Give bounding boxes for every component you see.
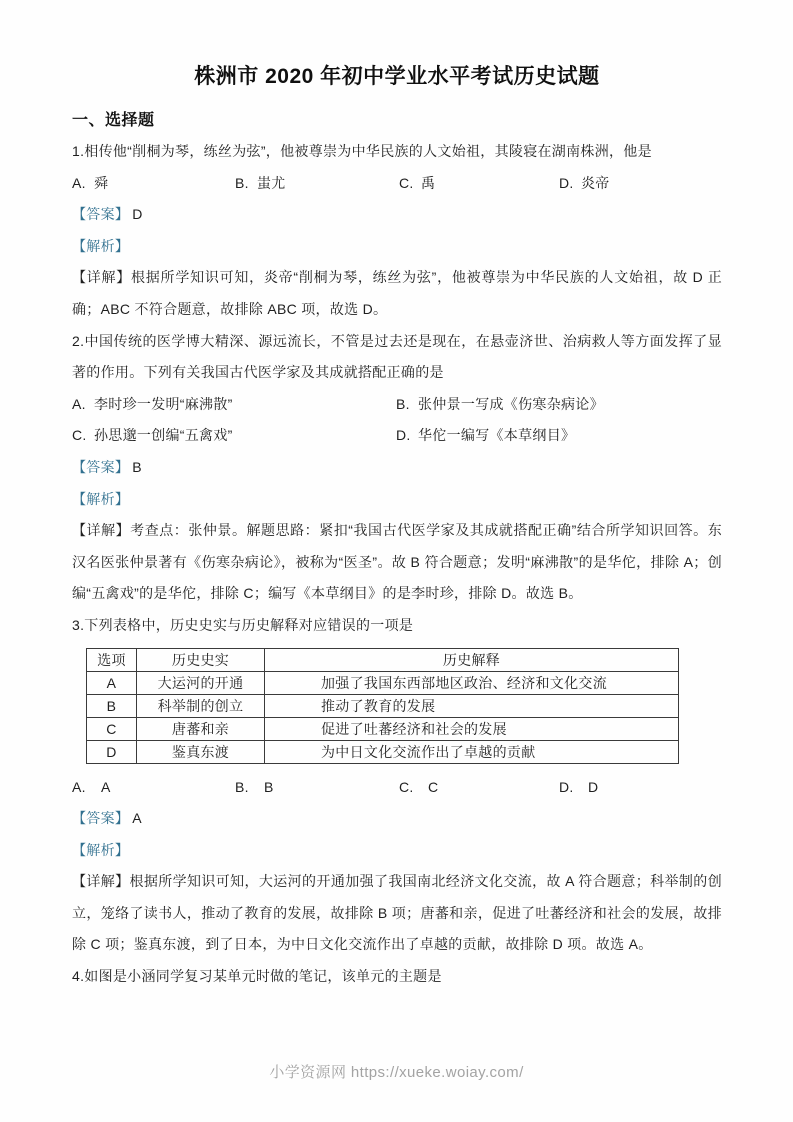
table-cell-explanation: 为中日文化交流作出了卓越的贡献 bbox=[265, 740, 679, 763]
option-letter: D. bbox=[559, 772, 576, 804]
answer-value: D bbox=[132, 206, 142, 222]
table-cell-fact: 大运河的开通 bbox=[137, 671, 265, 694]
q2-option-d: D.华佗一编写《本草纲目》 bbox=[396, 420, 722, 452]
question-2-stem: 2.中国传统的医学博大精深、源远流长，不管是过去还是现在，在悬壶济世、治病救人等… bbox=[72, 326, 722, 389]
option-text: D bbox=[588, 779, 598, 795]
table-cell-explanation: 加强了我国东西部地区政治、经济和文化交流 bbox=[265, 671, 679, 694]
table-row: C 唐蕃和亲 促进了吐蕃经济和社会的发展 bbox=[87, 717, 679, 740]
table-header-explanation: 历史解释 bbox=[265, 648, 679, 671]
table-row: A 大运河的开通 加强了我国东西部地区政治、经济和文化交流 bbox=[87, 671, 679, 694]
answer-value: A bbox=[132, 810, 142, 826]
q3-option-a: A.A bbox=[72, 772, 235, 804]
question-3-options: A.A B.B C.C D.D bbox=[72, 772, 722, 804]
q2-answer-line: 【答案】B bbox=[72, 452, 722, 484]
table-header-option: 选项 bbox=[87, 648, 137, 671]
option-text: 张仲景一写成《伤寒杂病论》 bbox=[418, 396, 604, 412]
section-heading: 一、选择题 bbox=[72, 106, 722, 136]
option-letter: B. bbox=[235, 168, 252, 200]
option-letter: C. bbox=[399, 168, 416, 200]
table-cell-explanation: 推动了教育的发展 bbox=[265, 694, 679, 717]
answer-label: 【答案】 bbox=[72, 810, 129, 826]
exam-document-page: 株洲市 2020 年初中学业水平考试历史试题 一、选择题 1.相传他“削桐为琴，… bbox=[0, 0, 793, 1122]
table-cell-option: A bbox=[87, 671, 137, 694]
q3-detail-paragraph: 【详解】根据所学知识可知，大运河的开通加强了我国南北经济文化交流，故 A 符合题… bbox=[72, 866, 722, 961]
option-letter: D. bbox=[559, 168, 576, 200]
option-letter: A. bbox=[72, 772, 89, 804]
q1-option-c: C.禹 bbox=[399, 168, 559, 200]
table-header-row: 选项 历史史实 历史解释 bbox=[87, 648, 679, 671]
q3-option-d: D.D bbox=[559, 772, 722, 804]
question-1-stem: 1.相传他“削桐为琴，练丝为弦”，他被尊崇为中华民族的人文始祖，其陵寝在湖南株洲… bbox=[72, 136, 722, 168]
page-title: 株洲市 2020 年初中学业水平考试历史试题 bbox=[72, 62, 722, 92]
table-cell-option: C bbox=[87, 717, 137, 740]
q3-option-b: B.B bbox=[235, 772, 399, 804]
table-cell-explanation: 促进了吐蕃经济和社会的发展 bbox=[265, 717, 679, 740]
table-header-fact: 历史史实 bbox=[137, 648, 265, 671]
q3-analysis-line: 【解析】 bbox=[72, 835, 722, 867]
table-row: B 科举制的创立 推动了教育的发展 bbox=[87, 694, 679, 717]
table-cell-fact: 唐蕃和亲 bbox=[137, 717, 265, 740]
option-text: 李时珍一发明“麻沸散” bbox=[94, 396, 233, 412]
table-cell-option: B bbox=[87, 694, 137, 717]
q2-analysis-line: 【解析】 bbox=[72, 484, 722, 516]
q1-option-b: B.蚩尤 bbox=[235, 168, 399, 200]
q1-answer-line: 【答案】D bbox=[72, 199, 722, 231]
q1-option-a: A.舜 bbox=[72, 168, 235, 200]
option-letter: B. bbox=[235, 772, 252, 804]
option-letter: A. bbox=[72, 389, 89, 421]
option-text: 舜 bbox=[94, 175, 108, 191]
answer-label: 【答案】 bbox=[72, 459, 129, 475]
q3-answer-line: 【答案】A bbox=[72, 803, 722, 835]
answer-label: 【答案】 bbox=[72, 206, 129, 222]
q1-analysis-line: 【解析】 bbox=[72, 231, 722, 263]
q3-option-c: C.C bbox=[399, 772, 559, 804]
table-row: D 鉴真东渡 为中日文化交流作出了卓越的贡献 bbox=[87, 740, 679, 763]
question-4-stem: 4.如图是小涵同学复习某单元时做的笔记，该单元的主题是 bbox=[72, 961, 722, 993]
option-text: 禹 bbox=[421, 175, 435, 191]
option-text: 炎帝 bbox=[581, 175, 610, 191]
footer-text: 小学资源网 https://xueke.woiay.com/ bbox=[269, 1064, 523, 1081]
option-text: B bbox=[264, 779, 274, 795]
option-letter: A. bbox=[72, 168, 89, 200]
q1-detail-paragraph: 【详解】根据所学知识可知，炎帝“削桐为琴，练丝为弦”，他被尊崇为中华民族的人文始… bbox=[72, 262, 722, 325]
option-letter: C. bbox=[72, 420, 89, 452]
option-letter: B. bbox=[396, 389, 413, 421]
option-text: 孙思邈一创编“五禽戏” bbox=[94, 427, 233, 443]
option-text: 蚩尤 bbox=[257, 175, 286, 191]
q2-option-b: B.张仲景一写成《伤寒杂病论》 bbox=[396, 389, 722, 421]
footer-watermark: 小学资源网 https://xueke.woiay.com/ bbox=[0, 1062, 793, 1083]
question-1-options: A.舜 B.蚩尤 C.禹 D.炎帝 bbox=[72, 168, 722, 200]
document-content: 株洲市 2020 年初中学业水平考试历史试题 一、选择题 1.相传他“削桐为琴，… bbox=[0, 0, 793, 993]
history-fact-explanation-table: 选项 历史史实 历史解释 A 大运河的开通 加强了我国东西部地区政治、经济和文化… bbox=[86, 648, 679, 764]
question-2-options: A.李时珍一发明“麻沸散” B.张仲景一写成《伤寒杂病论》 C.孙思邈一创编“五… bbox=[72, 389, 722, 452]
q1-option-d: D.炎帝 bbox=[559, 168, 722, 200]
option-letter: C. bbox=[399, 772, 416, 804]
option-text: C bbox=[428, 779, 438, 795]
analysis-label: 【解析】 bbox=[72, 491, 129, 507]
table-cell-fact: 科举制的创立 bbox=[137, 694, 265, 717]
option-letter: D. bbox=[396, 420, 413, 452]
option-text: 华佗一编写《本草纲目》 bbox=[418, 427, 575, 443]
analysis-label: 【解析】 bbox=[72, 238, 129, 254]
q2-option-c: C.孙思邈一创编“五禽戏” bbox=[72, 420, 396, 452]
analysis-label: 【解析】 bbox=[72, 842, 129, 858]
question-3-stem: 3.下列表格中，历史史实与历史解释对应错误的一项是 bbox=[72, 610, 722, 642]
table-cell-fact: 鉴真东渡 bbox=[137, 740, 265, 763]
option-text: A bbox=[101, 779, 111, 795]
table-cell-option: D bbox=[87, 740, 137, 763]
q2-detail-paragraph: 【详解】考查点：张仲景。解题思路：紧扣“我国古代医学家及其成就搭配正确”结合所学… bbox=[72, 515, 722, 610]
q2-option-a: A.李时珍一发明“麻沸散” bbox=[72, 389, 396, 421]
answer-value: B bbox=[132, 459, 142, 475]
